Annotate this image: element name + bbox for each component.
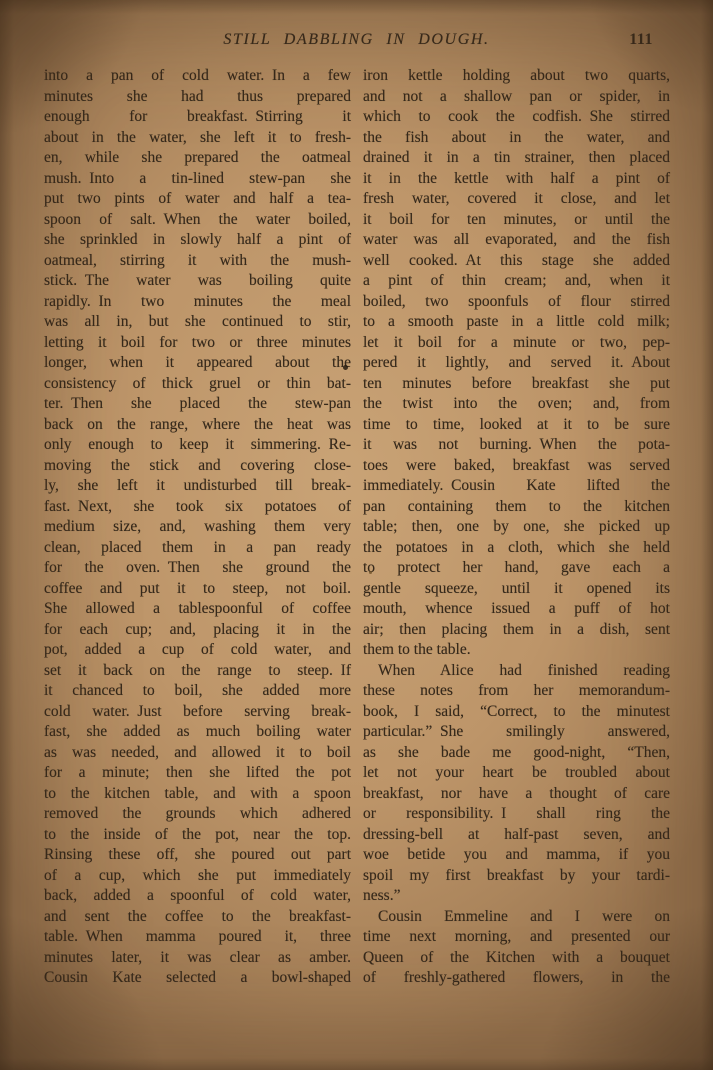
text-line: coffee and put it to steep, not boil. — [44, 579, 351, 600]
text-line: the twist into the oven; and, from — [363, 394, 670, 415]
text-line: medium size, and, washing them very — [44, 517, 351, 538]
text-line: Cousin Kate selected a bowl-shaped — [44, 968, 351, 989]
text-line: into a pan of cold water. In a few — [44, 66, 351, 87]
page-number: 111 — [629, 31, 653, 49]
text-line: letting it boil for two or three minutes — [44, 333, 351, 354]
text-line: as was needed, and allowed it to boil — [44, 743, 351, 764]
text-line: it in the kettle with half a pint of — [363, 169, 670, 190]
text-line: to protect her hand, gave each a — [363, 558, 670, 579]
text-line: longer, when it appeared about the — [44, 353, 351, 374]
text-line: removed the grounds which adhered — [44, 804, 351, 825]
text-line: clean, placed them in a pan ready — [44, 538, 351, 559]
text-line: boiled, two spoonfuls of flour stirred — [363, 292, 670, 313]
text-line: minutes she had thus prepared — [44, 87, 351, 108]
text-line: it was not burning. When the pota- — [363, 435, 670, 456]
text-line: for the oven. Then she ground the — [44, 558, 351, 579]
text-line: a pint of thin cream; and, when it — [363, 271, 670, 292]
book-page: STILL DABBLING IN DOUGH. 111 into a pan … — [0, 0, 713, 1070]
text-line: book, I said, “Correct, to the minutest — [363, 702, 670, 723]
text-line: table. When mamma poured it, three — [44, 927, 351, 948]
text-line: en, while she prepared the oatmeal — [44, 148, 351, 169]
text-line: it boil for ten minutes, or until the — [363, 210, 670, 231]
text-line: gentle squeeze, until it opened its — [363, 579, 670, 600]
text-line: woe betide you and mamma, if you — [363, 845, 670, 866]
text-line: enough for breakfast. Stirring it — [44, 107, 351, 128]
text-line: to the inside of the pot, near the top. — [44, 825, 351, 846]
text-line: or responsibility. I shall ring the — [363, 804, 670, 825]
text-line: these notes from her memorandum- — [363, 681, 670, 702]
text-line: Queen of the Kitchen with a bouquet — [363, 948, 670, 969]
text-line: the potatoes in a cloth, which she held — [363, 538, 670, 559]
text-line: was all in, but she continued to stir, — [44, 312, 351, 333]
text-line: drained it in a tin strainer, then place… — [363, 148, 670, 169]
text-column-left: into a pan of cold water. In a fewminute… — [44, 66, 351, 989]
text-line: fast, she added as much boiling water — [44, 722, 351, 743]
text-line: set it back on the range to steep. If — [44, 661, 351, 682]
text-line: spoon of salt. When the water boiled, — [44, 210, 351, 231]
text-line: as she bade me good-night, “Then, — [363, 743, 670, 764]
text-line: When Alice had finished reading — [363, 661, 670, 682]
text-line: of freshly-gathered flowers, in the — [363, 968, 670, 989]
text-line: oatmeal, stirring it with the mush- — [44, 251, 351, 272]
text-line: iron kettle holding about two quarts, — [363, 66, 670, 87]
text-line: air; then placing them in a dish, sent — [363, 620, 670, 641]
text-line: particular.” She smilingly answered, — [363, 722, 670, 743]
text-line: mush. Into a tin-lined stew-pan she — [44, 169, 351, 190]
text-line: time next morning, and presented our — [363, 927, 670, 948]
text-line: cold water. Just before serving break- — [44, 702, 351, 723]
text-line: pot, added a cup of cold water, and — [44, 640, 351, 661]
text-line: only enough to keep it simmering. Re- — [44, 435, 351, 456]
text-line: mouth, whence issued a puff of hot — [363, 599, 670, 620]
text-line: about in the water, she left it to fresh… — [44, 128, 351, 149]
text-line: toes were baked, breakfast was served — [363, 456, 670, 477]
text-line: pan containing them to the kitchen — [363, 497, 670, 518]
text-line: Cousin Emmeline and I were on — [363, 907, 670, 928]
text-line: for a minute; then she lifted the pot — [44, 763, 351, 784]
text-line: fast. Next, she took six potatoes of — [44, 497, 351, 518]
text-line: to a smooth paste in a little cold milk; — [363, 312, 670, 333]
text-line: minutes later, it was clear as amber. — [44, 948, 351, 969]
text-line: stick. The water was boiling quite — [44, 271, 351, 292]
text-line: which to cook the codfish. She stirred — [363, 107, 670, 128]
text-line: rapidly. In two minutes the meal — [44, 292, 351, 313]
text-line: well cooked. At this stage she added — [363, 251, 670, 272]
text-line: and sent the coffee to the breakfast- — [44, 907, 351, 928]
text-line: back, added a spoonful of cold water, — [44, 886, 351, 907]
text-line: dressing-bell at half-past seven, and — [363, 825, 670, 846]
running-title: STILL DABBLING IN DOUGH. — [44, 31, 669, 49]
text-line: let not your heart be troubled about — [363, 763, 670, 784]
text-line: ness.” — [363, 886, 670, 907]
text-line: the fish about in the water, and — [363, 128, 670, 149]
text-line: for each cup; and, placing it in the — [44, 620, 351, 641]
text-line: ter. Then she placed the stew-pan — [44, 394, 351, 415]
text-line: spoil my first breakfast by your tardi- — [363, 866, 670, 887]
text-line: water was all evaporated, and the fish — [363, 230, 670, 251]
running-head: STILL DABBLING IN DOUGH. 111 — [44, 31, 669, 53]
text-line: pered it lightly, and served it. About — [363, 353, 670, 374]
text-line: Rinsing these off, she poured out part — [44, 845, 351, 866]
text-line: it chanced to boil, she added more — [44, 681, 351, 702]
text-line: back on the range, where the heat was — [44, 415, 351, 436]
text-line: of a cup, which she put immediately — [44, 866, 351, 887]
text-column-right: iron kettle holding about two quarts,and… — [363, 66, 670, 989]
text-line: ly, she left it undisturbed till break- — [44, 476, 351, 497]
text-line: She allowed a tablespoonful of coffee — [44, 599, 351, 620]
text-line: moving the stick and covering close- — [44, 456, 351, 477]
text-line: immediately. Cousin Kate lifted the — [363, 476, 670, 497]
text-line: she sprinkled in slowly half a pint of — [44, 230, 351, 251]
text-line: time to time, looked at it to be sure — [363, 415, 670, 436]
text-line: fresh water, covered it close, and let — [363, 189, 670, 210]
text-line: table; then, one by one, she picked up — [363, 517, 670, 538]
page-body: into a pan of cold water. In a fewminute… — [44, 66, 670, 989]
text-line: put two pints of water and half a tea- — [44, 189, 351, 210]
text-line: and not a shallow pan or spider, in — [363, 87, 670, 108]
text-line: breakfast, nor have a thought of care — [363, 784, 670, 805]
text-line: to the kitchen table, and with a spoon — [44, 784, 351, 805]
text-line: consistency of thick gruel or thin bat- — [44, 374, 351, 395]
text-line: them to the table. — [363, 640, 670, 661]
text-line: ten minutes before breakfast she put — [363, 374, 670, 395]
text-line: let it boil for a minute or two, pep- — [363, 333, 670, 354]
